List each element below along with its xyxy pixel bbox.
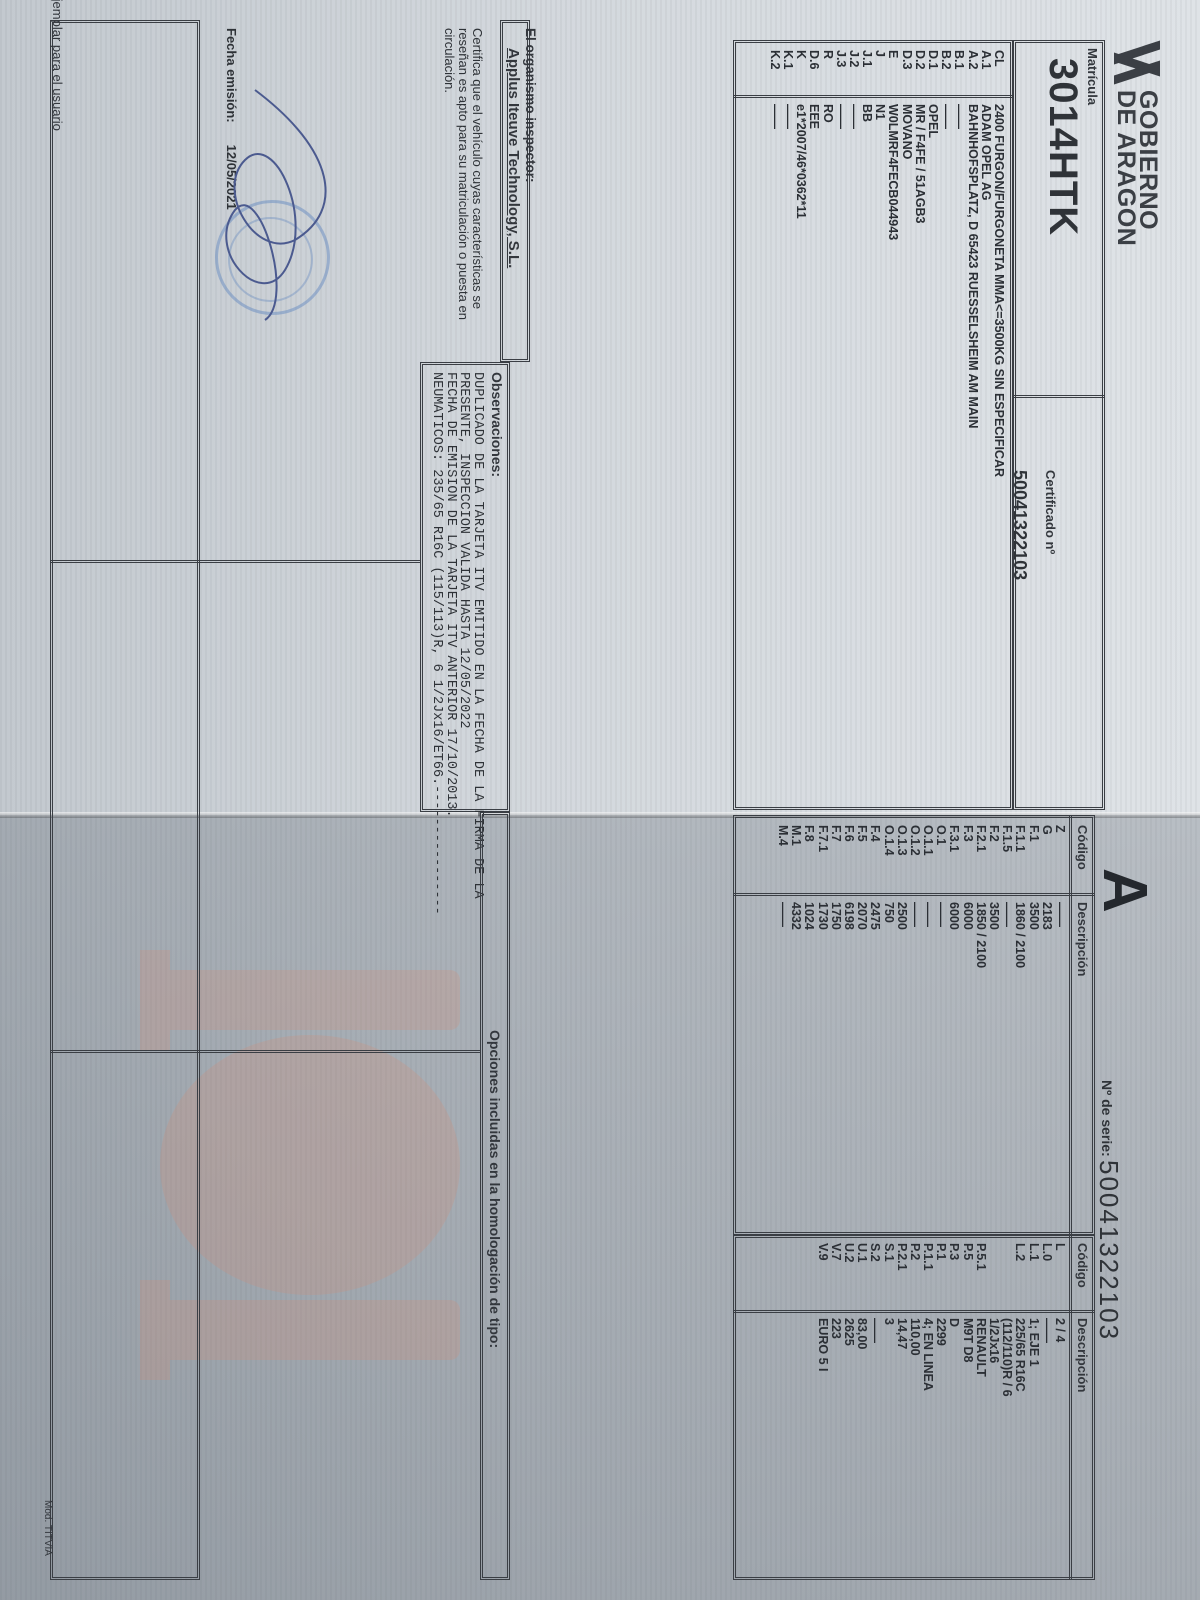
row-code: D.6 [807,50,820,69]
row-value: 225/65 R16C [1013,1318,1026,1397]
left-value-column: 2400 FURGON/FURGONETA MMA<=3500KG SIN ES… [768,104,1005,477]
row-code: A.1 [979,50,992,69]
row-code: G [1040,825,1053,856]
row-code: F.1.5 [1000,825,1013,856]
row-code: V.9 [815,1243,828,1271]
logo-line-1: GOBIERNO [1137,90,1159,246]
serie-label: Nº de serie: [1099,1080,1115,1157]
row-code: F.8 [802,825,815,856]
row-code: S.2 [868,1243,881,1271]
row-code: CL [992,50,1005,69]
row-code: K.2 [768,50,781,69]
gobierno-aragon-logo: GOBIERNO DE ARAGON [1114,48,1160,246]
row-value: —— [781,104,794,477]
row-code: V.7 [829,1243,842,1271]
row-code: K.1 [781,50,794,69]
copy-for-user-label: Ejemplar para el usuario [50,0,65,131]
row-value: ADAM OPEL AG [979,104,992,477]
row-value: BAHNHOFSPLATZ, D 65423 RUESSELSHEIM AM M… [965,104,978,477]
row-value: 2625 [842,1318,855,1397]
row-value: 1024 [802,902,815,968]
row-value: 3500 [987,902,1000,968]
row-value: 1860 / 2100 [1013,902,1026,968]
row-value: —— [868,1318,881,1397]
row-value: 6000 [947,902,960,968]
row-value: OPEL [926,104,939,477]
row-value: —— [847,104,860,477]
row-value: MOVANO [900,104,913,477]
row-code: D.3 [900,50,913,69]
row-value: N1 [873,104,886,477]
row-value: D [947,1318,960,1397]
row-value: EEE [807,104,820,477]
row-value: —— [1000,902,1013,968]
row-code: J [873,50,886,69]
row-code: J.1 [860,50,873,69]
left-code-column: CLA.1A.2B.1B.2D.1D.2D.3EJJ.1J.2J.3RD.6KK… [768,50,1005,69]
itv-card-document: GOBIERNO DE ARAGON Matrícula 3014HTK Cer… [0,0,1200,1600]
row-code: P.2 [908,1243,921,1271]
inspector-label: El organismo inspector: [523,28,538,183]
mid-code-column: ZGF.1F.1.1F.1.5F.2F.2.1F.3F.3.1O.1O.1.1O… [776,825,1066,856]
row-value: —— [768,104,781,477]
row-value: —— [921,902,934,968]
row-code: L.2 [1013,1243,1026,1271]
row-code: F.1 [1026,825,1039,856]
signature-icon [195,70,355,340]
row-value: MR / F4FE / 51AGB3 [913,104,926,477]
row-code: F.3.1 [947,825,960,856]
row-value: 2299 [934,1318,947,1397]
row-code: P.1.1 [921,1243,934,1271]
lower-grid [50,20,200,1580]
row-code: D.2 [913,50,926,69]
row-code: L.0 [1040,1243,1053,1271]
row-value: 1/2Jx16 [987,1318,1000,1397]
row-value: 6198 [842,902,855,968]
row-code: F.2.1 [974,825,987,856]
row-code: P.2.1 [895,1243,908,1271]
row-code: B.2 [939,50,952,69]
row-code: O.1.1 [921,825,934,856]
row-value: 83,00 [855,1318,868,1397]
observaciones-label: Observaciones: [489,372,505,477]
row-value: 110,00 [908,1318,921,1397]
row-value: 2070 [855,902,868,968]
right-desc-header: Descripción [1075,1318,1090,1392]
row-value: 6000 [961,902,974,968]
row-value: 4332 [789,902,802,968]
row-code: O.1 [934,825,947,856]
row-value: RENAULT [974,1318,987,1397]
row-code: R [820,50,833,69]
row-code: U.1 [855,1243,868,1271]
row-value: RO [820,104,833,477]
row-value: 3 [881,1318,894,1397]
row-code: O.1.3 [895,825,908,856]
mid-code-header: Código [1075,825,1090,870]
row-code: Z [1053,825,1066,856]
row-code: F.4 [868,825,881,856]
engine-axle-table [733,1235,1095,1580]
row-value: 1750 [829,902,842,968]
row-code: F.6 [842,825,855,856]
right-code-column: LL.0L.1L.2P.5.1P.5P.3P.1P.1.1P.2P.2.1S.1… [815,1243,1066,1271]
row-code: P.3 [947,1243,960,1271]
license-plate: 3014HTK [1040,58,1085,236]
row-code: F.2 [987,825,1000,856]
row-code: A.2 [965,50,978,69]
row-value: 14,47 [895,1318,908,1397]
row-code [987,1243,1000,1271]
row-value: BB [860,104,873,477]
row-value: 2500 [895,902,908,968]
opciones-label: Opciones incluidas en la homologación de… [487,1030,503,1348]
row-value: 1730 [815,902,828,968]
row-code: F.5 [855,825,868,856]
row-code: F.7 [829,825,842,856]
certification-text: Certifica que el vehículo cuyas caracter… [442,28,484,320]
row-value: —— [939,104,952,477]
row-code: P.1 [934,1243,947,1271]
row-value: e1*2007/46*0362*11 [794,104,807,477]
row-code: M.1 [789,825,802,856]
row-value: 3500 [1026,902,1039,968]
row-value: EURO 5 I [815,1318,828,1397]
form-model-label: Mod. TITVIA [42,1500,53,1556]
row-code: O.1.4 [881,825,894,856]
row-code: M.4 [776,825,789,856]
row-value: —— [1053,902,1066,968]
row-code: J.2 [847,50,860,69]
mid-value-column: ——218335001860 / 2100——35001850 / 210060… [776,902,1066,968]
row-code [1000,1243,1013,1271]
row-code: F.1.1 [1013,825,1026,856]
row-value: 2183 [1040,902,1053,968]
mid-desc-header: Descripción [1075,902,1090,976]
row-code: J.3 [834,50,847,69]
right-code-header: Código [1075,1243,1090,1288]
certificado-label: Certificado nº [1043,470,1058,554]
row-code: U.2 [842,1243,855,1271]
row-code: P.5.1 [974,1243,987,1271]
row-code: O.1.2 [908,825,921,856]
right-value-column: 2 / 4——1; EJE 1225/65 R16C(112/110)R / 6… [815,1318,1066,1397]
row-value: 2 / 4 [1053,1318,1066,1397]
row-value: 750 [881,902,894,968]
row-value: 223 [829,1318,842,1397]
row-value: 2400 FURGON/FURGONETA MMA<=3500KG SIN ES… [992,104,1005,477]
inspector-name: Applus Iteuve Technology, S.L. [505,48,522,268]
row-value: W0LMRF4FECB044943 [886,104,899,477]
row-code: L [1053,1243,1066,1271]
row-value: 4; EN LINEA [921,1318,934,1397]
row-value: —— [908,902,921,968]
logo-line-2: DE ARAGON [1115,90,1137,246]
matricula-label: Matrícula [1085,48,1100,105]
row-value: (112/110)R / 6 [1000,1318,1013,1397]
row-value: 2475 [868,902,881,968]
row-value: —— [776,902,789,968]
row-code: F.7.1 [815,825,828,856]
observaciones-text: DUPLICADO DE LA TARJETA ITV EMITIDO EN L… [430,372,484,915]
row-value: M9T D8 [961,1318,974,1397]
row-code: B.1 [952,50,965,69]
row-value: 1; EJE 1 [1026,1318,1039,1397]
mass-dimensions-table [733,815,1095,1235]
row-code: P.5 [961,1243,974,1271]
category-letter: A [1089,868,1160,913]
row-code: E [886,50,899,69]
aragon-logo-icon [1114,48,1160,82]
row-code: L.1 [1026,1243,1039,1271]
row-value: —— [952,104,965,477]
serie-number: 50041322103 [1093,1160,1124,1341]
row-value: —— [834,104,847,477]
row-code: K [794,50,807,69]
row-code: D.1 [926,50,939,69]
row-value: —— [934,902,947,968]
row-code: S.1 [881,1243,894,1271]
row-value: —— [1040,1318,1053,1397]
row-value: 1850 / 2100 [974,902,987,968]
row-code: F.3 [961,825,974,856]
